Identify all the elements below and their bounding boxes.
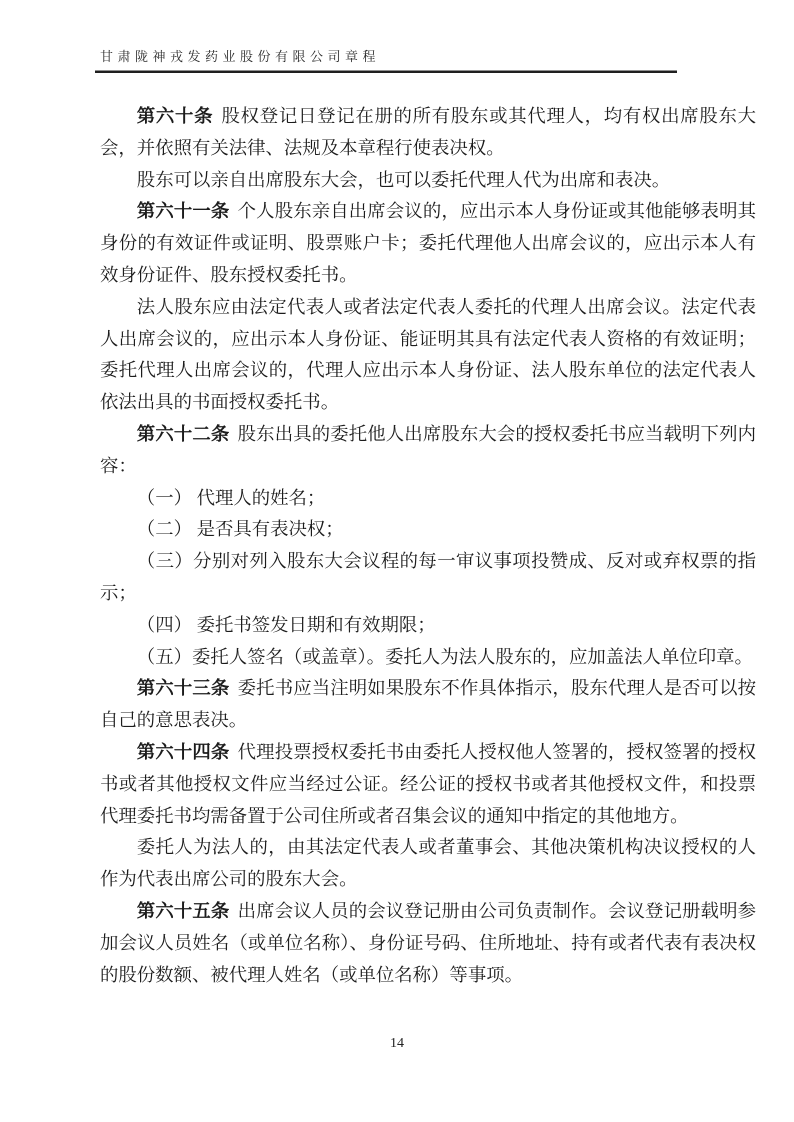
header-document-title: 甘肃陇神戎发药业股份有限公司章程 (95, 46, 677, 65)
page-number: 14 (390, 1036, 404, 1051)
page-footer: 14 (0, 1036, 794, 1052)
paragraph: （一） 代理人的姓名； (100, 483, 756, 515)
paragraph: 第六十条股权登记日登记在册的所有股东或其代理人，均有权出席股东大会，并依照有关法… (100, 101, 756, 165)
paragraph: 第六十五条出席会议人员的会议登记册由公司负责制作。会议登记册载明参加会议人员姓名… (100, 896, 756, 991)
paragraph: 委托人为法人的，由其法定代表人或者董事会、其他决策机构决议授权的人作为代表出席公… (100, 832, 756, 896)
article-number-label: 第六十二条 (137, 424, 230, 444)
article-number-label: 第六十条 (137, 106, 213, 126)
article-number-label: 第六十一条 (137, 201, 230, 221)
article-number-label: 第六十三条 (137, 678, 230, 698)
paragraph: 法人股东应由法定代表人或者法定代表人委托的代理人出席会议。法定代表人出席会议的，… (100, 292, 756, 419)
header-rule-divider (95, 70, 677, 73)
paragraph-text: 法人股东应由法定代表人或者法定代表人委托的代理人出席会议。法定代表人出席会议的，… (100, 297, 756, 412)
paragraph: 第六十二条股东出具的委托他人出席股东大会的授权委托书应当载明下列内容： (100, 419, 756, 483)
paragraph-text: （五）委托人签名（或盖章）。委托人为法人股东的，应加盖法人单位印章。 (137, 647, 753, 667)
paragraph: 第六十一条个人股东亲自出席会议的，应出示本人身份证或其他能够表明其身份的有效证件… (100, 196, 756, 291)
document-body: 第六十条股权登记日登记在册的所有股东或其代理人，均有权出席股东大会，并依照有关法… (100, 101, 756, 991)
paragraph: （三）分别对列入股东大会议程的每一审议事项投赞成、反对或弃权票的指示； (100, 546, 756, 610)
article-number-label: 第六十五条 (137, 901, 230, 921)
paragraph: 股东可以亲自出席股东大会，也可以委托代理人代为出席和表决。 (100, 165, 756, 197)
page-header: 甘肃陇神戎发药业股份有限公司章程 (95, 46, 677, 73)
paragraph: 第六十三条委托书应当注明如果股东不作具体指示，股东代理人是否可以按自己的意思表决… (100, 673, 756, 737)
paragraph: （五）委托人签名（或盖章）。委托人为法人股东的，应加盖法人单位印章。 (100, 642, 756, 674)
paragraph-text: 股东可以亲自出席股东大会，也可以委托代理人代为出席和表决。 (137, 170, 670, 190)
paragraph-text: 委托人为法人的，由其法定代表人或者董事会、其他决策机构决议授权的人作为代表出席公… (100, 837, 756, 889)
paragraph-text: （一） 代理人的姓名； (137, 488, 326, 508)
article-number-label: 第六十四条 (137, 742, 230, 762)
paragraph-text: （三）分别对列入股东大会议程的每一审议事项投赞成、反对或弃权票的指示； (100, 551, 756, 603)
paragraph: （四） 委托书签发日期和有效期限； (100, 610, 756, 642)
paragraph: 第六十四条代理投票授权委托书由委托人授权他人签署的，授权签署的授权书或者其他授权… (100, 737, 756, 832)
paragraph-text: （二） 是否具有表决权； (137, 519, 344, 539)
paragraph-text: （四） 委托书签发日期和有效期限； (137, 615, 436, 635)
paragraph: （二） 是否具有表决权； (100, 514, 756, 546)
